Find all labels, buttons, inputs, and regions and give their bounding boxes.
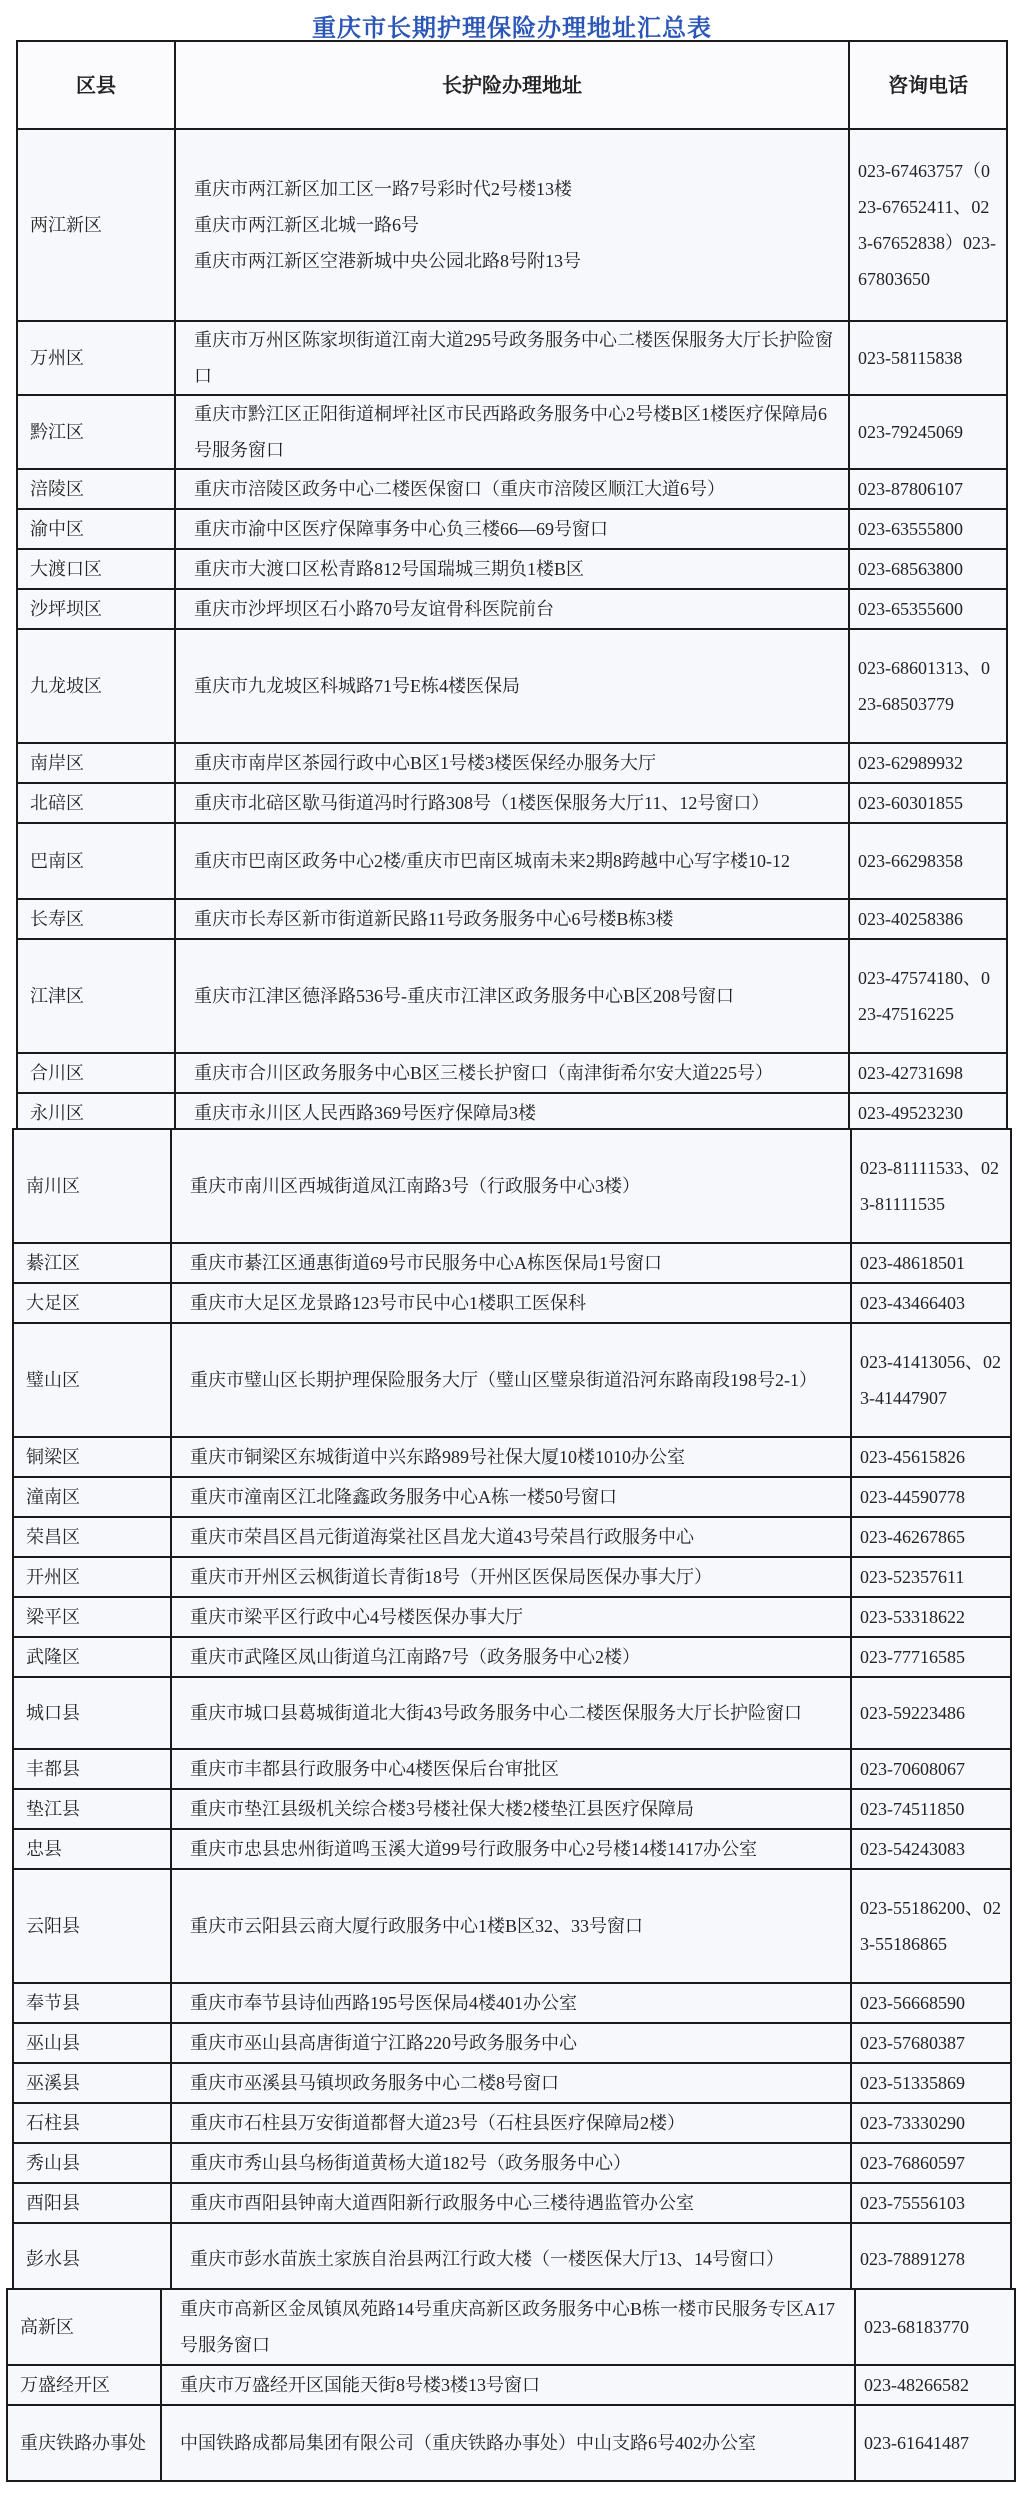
address-cell: 重庆市忠县忠州街道鸣玉溪大道99号行政服务中心2号楼14楼1417办公室 xyxy=(171,1829,851,1869)
address-line: 重庆市九龙坡区科城路71号E栋4楼医保局 xyxy=(194,668,838,704)
address-cell: 重庆市万盛经开区国能天街8号楼3楼13号窗口 xyxy=(161,2365,855,2405)
address-line: 重庆市两江新区空港新城中央公园北路8号附13号 xyxy=(194,243,838,279)
district-cell: 城口县 xyxy=(13,1677,171,1749)
phone-cell: 023-54243083 xyxy=(851,1829,1011,1869)
address-cell: 重庆市涪陵区政务中心二楼医保窗口（重庆市涪陵区顺江大道6号） xyxy=(175,469,849,509)
table-row: 荣昌区 重庆市荣昌区昌元街道海棠社区昌龙大道43号荣昌行政服务中心 023-46… xyxy=(13,1517,1011,1557)
phone-cell: 023-59223486 xyxy=(851,1677,1011,1749)
table-row: 万盛经开区 重庆市万盛经开区国能天街8号楼3楼13号窗口 023-4826658… xyxy=(7,2365,1015,2405)
phone-cell: 023-68601313、023-68503779 xyxy=(849,629,1007,743)
district-cell: 江津区 xyxy=(17,939,175,1053)
district-cell: 璧山区 xyxy=(13,1323,171,1437)
phone-cell: 023-75556103 xyxy=(851,2183,1011,2223)
table-row: 奉节县 重庆市奉节县诗仙西路195号医保局4楼401办公室 023-566685… xyxy=(13,1983,1011,2023)
address-line: 重庆市梁平区行政中心4号楼医保办事大厅 xyxy=(190,1599,840,1635)
table-row: 北碚区 重庆市北碚区歇马街道冯时行路308号（1楼医保服务大厅11、12号窗口）… xyxy=(17,783,1007,823)
address-line: 重庆市綦江区通惠街道69号市民服务中心A栋医保局1号窗口 xyxy=(190,1245,840,1281)
address-cell: 重庆市高新区金凤镇凤苑路14号重庆高新区政务服务中心B栋一楼市民服务专区A17号… xyxy=(161,2289,855,2365)
table-row: 万州区 重庆市万州区陈家坝街道江南大道295号政务服务中心二楼医保服务大厅长护险… xyxy=(17,321,1007,395)
phone-cell: 023-68563800 xyxy=(849,549,1007,589)
page-title: 重庆市长期护理保险办理地址汇总表 xyxy=(0,8,1024,43)
address-cell: 重庆市江津区德泽路536号-重庆市江津区政务服务中心B区208号窗口 xyxy=(175,939,849,1053)
table-row: 大足区 重庆市大足区龙景路123号市民中心1楼职工医保科 023-4346640… xyxy=(13,1283,1011,1323)
table-row: 丰都县 重庆市丰都县行政服务中心4楼医保后台审批区 023-70608067 xyxy=(13,1749,1011,1789)
address-cell: 重庆市彭水苗族土家族自治县两江行政大楼（一楼医保大厅13、14号窗口） xyxy=(171,2223,851,2295)
district-cell: 荣昌区 xyxy=(13,1517,171,1557)
address-table-part-1: 区县 长护险办理地址 咨询电话 两江新区 重庆市两江新区加工区一路7号彩时代2号… xyxy=(16,40,1008,1134)
phone-cell: 023-40258386 xyxy=(849,899,1007,939)
address-line: 重庆市渝中区医疗保障事务中心负三楼66—69号窗口 xyxy=(194,511,838,547)
table-row: 南川区 重庆市南川区西城街道凤江南路3号（行政服务中心3楼） 023-81111… xyxy=(13,1129,1011,1243)
district-cell: 大渡口区 xyxy=(17,549,175,589)
district-cell: 秀山县 xyxy=(13,2143,171,2183)
address-line: 重庆市璧山区长期护理保险服务大厅（璧山区璧泉街道沿河东路南段198号2-1） xyxy=(190,1362,840,1398)
district-cell: 南岸区 xyxy=(17,743,175,783)
address-cell: 重庆市酉阳县钟南大道酉阳新行政服务中心三楼待遇监管办公室 xyxy=(171,2183,851,2223)
address-cell: 重庆市沙坪坝区石小路70号友谊骨科医院前台 xyxy=(175,589,849,629)
address-cell: 重庆市大渡口区松青路812号国瑞城三期负1楼B区 xyxy=(175,549,849,589)
header-phone: 咨询电话 xyxy=(849,41,1007,129)
address-line: 重庆市江津区德泽路536号-重庆市江津区政务服务中心B区208号窗口 xyxy=(194,978,838,1014)
address-line: 重庆市酉阳县钟南大道酉阳新行政服务中心三楼待遇监管办公室 xyxy=(190,2185,840,2221)
header-address: 长护险办理地址 xyxy=(175,41,849,129)
district-cell: 奉节县 xyxy=(13,1983,171,2023)
phone-cell: 023-44590778 xyxy=(851,1477,1011,1517)
address-line: 重庆市巴南区政务中心2楼/重庆市巴南区城南未来2期8跨越中心写字楼10-12 xyxy=(194,843,838,879)
address-cell: 重庆市奉节县诗仙西路195号医保局4楼401办公室 xyxy=(171,1983,851,2023)
address-line: 重庆市巫山县高唐街道宁江路220号政务服务中心 xyxy=(190,2025,840,2061)
district-cell: 万盛经开区 xyxy=(7,2365,161,2405)
address-line: 重庆市潼南区江北隆鑫政务服务中心A栋一楼50号窗口 xyxy=(190,1479,840,1515)
address-cell: 重庆市璧山区长期护理保险服务大厅（璧山区璧泉街道沿河东路南段198号2-1） xyxy=(171,1323,851,1437)
table-row: 重庆铁路办事处 中国铁路成都局集团有限公司（重庆铁路办事处）中山支路6号402办… xyxy=(7,2405,1015,2481)
address-line: 重庆市万州区陈家坝街道江南大道295号政务服务中心二楼医保服务大厅长护险窗口 xyxy=(194,322,838,394)
address-line: 重庆市忠县忠州街道鸣玉溪大道99号行政服务中心2号楼14楼1417办公室 xyxy=(190,1831,840,1867)
district-cell: 丰都县 xyxy=(13,1749,171,1789)
table-row: 涪陵区 重庆市涪陵区政务中心二楼医保窗口（重庆市涪陵区顺江大道6号） 023-8… xyxy=(17,469,1007,509)
table-row: 忠县 重庆市忠县忠州街道鸣玉溪大道99号行政服务中心2号楼14楼1417办公室 … xyxy=(13,1829,1011,1869)
phone-cell: 023-49523230 xyxy=(849,1093,1007,1133)
district-cell: 渝中区 xyxy=(17,509,175,549)
district-cell: 武隆区 xyxy=(13,1637,171,1677)
phone-cell: 023-77716585 xyxy=(851,1637,1011,1677)
address-line: 重庆市大足区龙景路123号市民中心1楼职工医保科 xyxy=(190,1285,840,1321)
table-row: 潼南区 重庆市潼南区江北隆鑫政务服务中心A栋一楼50号窗口 023-445907… xyxy=(13,1477,1011,1517)
address-table-part-2: 南川区 重庆市南川区西城街道凤江南路3号（行政服务中心3楼） 023-81111… xyxy=(12,1128,1012,2296)
district-cell: 北碚区 xyxy=(17,783,175,823)
address-cell: 重庆市黔江区正阳街道桐坪社区市民西路政务服务中心2号楼B区1楼医疗保障局6号服务… xyxy=(175,395,849,469)
address-cell: 重庆市垫江县级机关综合楼3号楼社保大楼2楼垫江县医疗保障局 xyxy=(171,1789,851,1829)
phone-cell: 023-68183770 xyxy=(855,2289,1015,2365)
table-row: 渝中区 重庆市渝中区医疗保障事务中心负三楼66—69号窗口 023-635558… xyxy=(17,509,1007,549)
address-cell: 重庆市两江新区加工区一路7号彩时代2号楼13楼重庆市两江新区北城一路6号重庆市两… xyxy=(175,129,849,321)
district-cell: 大足区 xyxy=(13,1283,171,1323)
table-row: 酉阳县 重庆市酉阳县钟南大道酉阳新行政服务中心三楼待遇监管办公室 023-755… xyxy=(13,2183,1011,2223)
address-line: 重庆市铜梁区东城街道中兴东路989号社保大厦10楼1010办公室 xyxy=(190,1439,840,1475)
phone-cell: 023-81111533、023-81111535 xyxy=(851,1129,1011,1243)
district-cell: 巴南区 xyxy=(17,823,175,899)
phone-cell: 023-51335869 xyxy=(851,2063,1011,2103)
address-cell: 重庆市梁平区行政中心4号楼医保办事大厅 xyxy=(171,1597,851,1637)
address-line: 重庆市永川区人民西路369号医疗保障局3楼 xyxy=(194,1095,838,1131)
address-line: 重庆市黔江区正阳街道桐坪社区市民西路政务服务中心2号楼B区1楼医疗保障局6号服务… xyxy=(194,396,838,468)
phone-cell: 023-45615826 xyxy=(851,1437,1011,1477)
table-header-row: 区县 长护险办理地址 咨询电话 xyxy=(17,41,1007,129)
address-line: 重庆市丰都县行政服务中心4楼医保后台审批区 xyxy=(190,1751,840,1787)
address-cell: 重庆市铜梁区东城街道中兴东路989号社保大厦10楼1010办公室 xyxy=(171,1437,851,1477)
address-cell: 重庆市丰都县行政服务中心4楼医保后台审批区 xyxy=(171,1749,851,1789)
address-cell: 重庆市潼南区江北隆鑫政务服务中心A栋一楼50号窗口 xyxy=(171,1477,851,1517)
district-cell: 綦江区 xyxy=(13,1243,171,1283)
table-row: 两江新区 重庆市两江新区加工区一路7号彩时代2号楼13楼重庆市两江新区北城一路6… xyxy=(17,129,1007,321)
address-line: 重庆市奉节县诗仙西路195号医保局4楼401办公室 xyxy=(190,1985,840,2021)
address-cell: 重庆市合川区政务服务中心B区三楼长护窗口（南津街希尔安大道225号） xyxy=(175,1053,849,1093)
table-row: 梁平区 重庆市梁平区行政中心4号楼医保办事大厅 023-53318622 xyxy=(13,1597,1011,1637)
address-line: 重庆市秀山县乌杨街道黄杨大道182号（政务服务中心） xyxy=(190,2145,840,2181)
district-cell: 九龙坡区 xyxy=(17,629,175,743)
district-cell: 开州区 xyxy=(13,1557,171,1597)
address-line: 重庆市高新区金凤镇凤苑路14号重庆高新区政务服务中心B栋一楼市民服务专区A17号… xyxy=(180,2291,844,2363)
table-row: 彭水县 重庆市彭水苗族土家族自治县两江行政大楼（一楼医保大厅13、14号窗口） … xyxy=(13,2223,1011,2295)
table-row: 城口县 重庆市城口县葛城街道北大街43号政务服务中心二楼医保服务大厅长护险窗口 … xyxy=(13,1677,1011,1749)
table-row: 合川区 重庆市合川区政务服务中心B区三楼长护窗口（南津街希尔安大道225号） 0… xyxy=(17,1053,1007,1093)
address-line: 重庆市云阳县云商大厦行政服务中心1楼B区32、33号窗口 xyxy=(190,1908,840,1944)
table-row: 巫溪县 重庆市巫溪县马镇坝政务服务中心二楼8号窗口 023-51335869 xyxy=(13,2063,1011,2103)
table-row: 云阳县 重庆市云阳县云商大厦行政服务中心1楼B区32、33号窗口 023-551… xyxy=(13,1869,1011,1983)
district-cell: 两江新区 xyxy=(17,129,175,321)
address-cell: 重庆市开州区云枫街道长青街18号（开州区医保局医保办事大厅） xyxy=(171,1557,851,1597)
district-cell: 垫江县 xyxy=(13,1789,171,1829)
address-cell: 重庆市九龙坡区科城路71号E栋4楼医保局 xyxy=(175,629,849,743)
address-line: 重庆市大渡口区松青路812号国瑞城三期负1楼B区 xyxy=(194,551,838,587)
address-cell: 重庆市巴南区政务中心2楼/重庆市巴南区城南未来2期8跨越中心写字楼10-12 xyxy=(175,823,849,899)
district-cell: 铜梁区 xyxy=(13,1437,171,1477)
table-row: 沙坪坝区 重庆市沙坪坝区石小路70号友谊骨科医院前台 023-65355600 xyxy=(17,589,1007,629)
phone-cell: 023-66298358 xyxy=(849,823,1007,899)
table-row: 大渡口区 重庆市大渡口区松青路812号国瑞城三期负1楼B区 023-685638… xyxy=(17,549,1007,589)
table-row: 武隆区 重庆市武隆区凤山街道乌江南路7号（政务服务中心2楼） 023-77716… xyxy=(13,1637,1011,1677)
phone-cell: 023-62989932 xyxy=(849,743,1007,783)
phone-cell: 023-42731698 xyxy=(849,1053,1007,1093)
phone-cell: 023-79245069 xyxy=(849,395,1007,469)
address-cell: 重庆市武隆区凤山街道乌江南路7号（政务服务中心2楼） xyxy=(171,1637,851,1677)
phone-cell: 023-52357611 xyxy=(851,1557,1011,1597)
address-line: 重庆市两江新区北城一路6号 xyxy=(194,207,838,243)
address-cell: 重庆市大足区龙景路123号市民中心1楼职工医保科 xyxy=(171,1283,851,1323)
address-line: 重庆市南岸区茶园行政中心B区1号楼3楼医保经办服务大厅 xyxy=(194,745,838,781)
district-cell: 石柱县 xyxy=(13,2103,171,2143)
district-cell: 万州区 xyxy=(17,321,175,395)
phone-cell: 023-70608067 xyxy=(851,1749,1011,1789)
address-line: 重庆市合川区政务服务中心B区三楼长护窗口（南津街希尔安大道225号） xyxy=(194,1055,838,1091)
phone-cell: 023-46267865 xyxy=(851,1517,1011,1557)
address-line: 重庆市垫江县级机关综合楼3号楼社保大楼2楼垫江县医疗保障局 xyxy=(190,1791,840,1827)
phone-cell: 023-76860597 xyxy=(851,2143,1011,2183)
table-row: 长寿区 重庆市长寿区新市街道新民路11号政务服务中心6号楼B栋3楼 023-40… xyxy=(17,899,1007,939)
phone-cell: 023-58115838 xyxy=(849,321,1007,395)
address-line: 重庆市荣昌区昌元街道海棠社区昌龙大道43号荣昌行政服务中心 xyxy=(190,1519,840,1555)
phone-cell: 023-56668590 xyxy=(851,1983,1011,2023)
district-cell: 巫溪县 xyxy=(13,2063,171,2103)
address-cell: 重庆市荣昌区昌元街道海棠社区昌龙大道43号荣昌行政服务中心 xyxy=(171,1517,851,1557)
table-row: 高新区 重庆市高新区金凤镇凤苑路14号重庆高新区政务服务中心B栋一楼市民服务专区… xyxy=(7,2289,1015,2365)
district-cell: 长寿区 xyxy=(17,899,175,939)
address-line: 重庆市沙坪坝区石小路70号友谊骨科医院前台 xyxy=(194,591,838,627)
address-table-part-3: 高新区 重庆市高新区金凤镇凤苑路14号重庆高新区政务服务中心B栋一楼市民服务专区… xyxy=(6,2288,1016,2482)
district-cell: 高新区 xyxy=(7,2289,161,2365)
table-row: 垫江县 重庆市垫江县级机关综合楼3号楼社保大楼2楼垫江县医疗保障局 023-74… xyxy=(13,1789,1011,1829)
address-line: 重庆市开州区云枫街道长青街18号（开州区医保局医保办事大厅） xyxy=(190,1559,840,1595)
phone-cell: 023-53318622 xyxy=(851,1597,1011,1637)
district-cell: 云阳县 xyxy=(13,1869,171,1983)
table-row: 黔江区 重庆市黔江区正阳街道桐坪社区市民西路政务服务中心2号楼B区1楼医疗保障局… xyxy=(17,395,1007,469)
table-row: 巫山县 重庆市巫山县高唐街道宁江路220号政务服务中心 023-57680387 xyxy=(13,2023,1011,2063)
table-row: 綦江区 重庆市綦江区通惠街道69号市民服务中心A栋医保局1号窗口 023-486… xyxy=(13,1243,1011,1283)
address-line: 重庆市城口县葛城街道北大街43号政务服务中心二楼医保服务大厅长护险窗口 xyxy=(190,1695,840,1731)
address-cell: 重庆市渝中区医疗保障事务中心负三楼66—69号窗口 xyxy=(175,509,849,549)
address-cell: 重庆市城口县葛城街道北大街43号政务服务中心二楼医保服务大厅长护险窗口 xyxy=(171,1677,851,1749)
district-cell: 巫山县 xyxy=(13,2023,171,2063)
district-cell: 南川区 xyxy=(13,1129,171,1243)
phone-cell: 023-60301855 xyxy=(849,783,1007,823)
district-cell: 梁平区 xyxy=(13,1597,171,1637)
address-line: 重庆市北碚区歇马街道冯时行路308号（1楼医保服务大厅11、12号窗口） xyxy=(194,785,838,821)
address-cell: 重庆市万州区陈家坝街道江南大道295号政务服务中心二楼医保服务大厅长护险窗口 xyxy=(175,321,849,395)
district-cell: 忠县 xyxy=(13,1829,171,1869)
table-row: 秀山县 重庆市秀山县乌杨街道黄杨大道182号（政务服务中心） 023-76860… xyxy=(13,2143,1011,2183)
district-cell: 合川区 xyxy=(17,1053,175,1093)
address-line: 重庆市武隆区凤山街道乌江南路7号（政务服务中心2楼） xyxy=(190,1639,840,1675)
district-cell: 酉阳县 xyxy=(13,2183,171,2223)
address-line: 重庆市万盛经开区国能天街8号楼3楼13号窗口 xyxy=(180,2367,844,2403)
phone-cell: 023-55186200、023-55186865 xyxy=(851,1869,1011,1983)
table-row: 璧山区 重庆市璧山区长期护理保险服务大厅（璧山区璧泉街道沿河东路南段198号2-… xyxy=(13,1323,1011,1437)
phone-cell: 023-65355600 xyxy=(849,589,1007,629)
address-line: 重庆市南川区西城街道凤江南路3号（行政服务中心3楼） xyxy=(190,1168,840,1204)
table-row: 江津区 重庆市江津区德泽路536号-重庆市江津区政务服务中心B区208号窗口 0… xyxy=(17,939,1007,1053)
district-cell: 重庆铁路办事处 xyxy=(7,2405,161,2481)
phone-cell: 023-73330290 xyxy=(851,2103,1011,2143)
phone-cell: 023-57680387 xyxy=(851,2023,1011,2063)
phone-cell: 023-63555800 xyxy=(849,509,1007,549)
address-cell: 重庆市巫溪县马镇坝政务服务中心二楼8号窗口 xyxy=(171,2063,851,2103)
phone-cell: 023-47574180、023-47516225 xyxy=(849,939,1007,1053)
phone-cell: 023-43466403 xyxy=(851,1283,1011,1323)
phone-cell: 023-87806107 xyxy=(849,469,1007,509)
address-cell: 重庆市长寿区新市街道新民路11号政务服务中心6号楼B栋3楼 xyxy=(175,899,849,939)
phone-cell: 023-78891278 xyxy=(851,2223,1011,2295)
table-row: 开州区 重庆市开州区云枫街道长青街18号（开州区医保局医保办事大厅） 023-5… xyxy=(13,1557,1011,1597)
address-cell: 重庆市石柱县万安街道都督大道23号（石柱县医疗保障局2楼） xyxy=(171,2103,851,2143)
phone-cell: 023-74511850 xyxy=(851,1789,1011,1829)
phone-cell: 023-61641487 xyxy=(855,2405,1015,2481)
address-cell: 重庆市南岸区茶园行政中心B区1号楼3楼医保经办服务大厅 xyxy=(175,743,849,783)
phone-cell: 023-41413056、023-41447907 xyxy=(851,1323,1011,1437)
address-cell: 重庆市北碚区歇马街道冯时行路308号（1楼医保服务大厅11、12号窗口） xyxy=(175,783,849,823)
district-cell: 潼南区 xyxy=(13,1477,171,1517)
address-line: 重庆市长寿区新市街道新民路11号政务服务中心6号楼B栋3楼 xyxy=(194,901,838,937)
address-line: 重庆市巫溪县马镇坝政务服务中心二楼8号窗口 xyxy=(190,2065,840,2101)
address-line: 重庆市石柱县万安街道都督大道23号（石柱县医疗保障局2楼） xyxy=(190,2105,840,2141)
district-cell: 永川区 xyxy=(17,1093,175,1133)
table-row: 石柱县 重庆市石柱县万安街道都督大道23号（石柱县医疗保障局2楼） 023-73… xyxy=(13,2103,1011,2143)
address-cell: 中国铁路成都局集团有限公司（重庆铁路办事处）中山支路6号402办公室 xyxy=(161,2405,855,2481)
table-row: 南岸区 重庆市南岸区茶园行政中心B区1号楼3楼医保经办服务大厅 023-6298… xyxy=(17,743,1007,783)
phone-cell: 023-48266582 xyxy=(855,2365,1015,2405)
address-cell: 重庆市南川区西城街道凤江南路3号（行政服务中心3楼） xyxy=(171,1129,851,1243)
address-line: 重庆市涪陵区政务中心二楼医保窗口（重庆市涪陵区顺江大道6号） xyxy=(194,471,838,507)
phone-cell: 023-67463757（023-67652411、023-67652838）0… xyxy=(849,129,1007,321)
district-cell: 黔江区 xyxy=(17,395,175,469)
address-cell: 重庆市秀山县乌杨街道黄杨大道182号（政务服务中心） xyxy=(171,2143,851,2183)
table-row: 永川区 重庆市永川区人民西路369号医疗保障局3楼 023-49523230 xyxy=(17,1093,1007,1133)
address-line: 重庆市彭水苗族土家族自治县两江行政大楼（一楼医保大厅13、14号窗口） xyxy=(190,2241,840,2277)
district-cell: 涪陵区 xyxy=(17,469,175,509)
table-row: 九龙坡区 重庆市九龙坡区科城路71号E栋4楼医保局 023-68601313、0… xyxy=(17,629,1007,743)
header-district: 区县 xyxy=(17,41,175,129)
address-line: 中国铁路成都局集团有限公司（重庆铁路办事处）中山支路6号402办公室 xyxy=(180,2425,844,2461)
phone-cell: 023-48618501 xyxy=(851,1243,1011,1283)
district-cell: 沙坪坝区 xyxy=(17,589,175,629)
address-cell: 重庆市永川区人民西路369号医疗保障局3楼 xyxy=(175,1093,849,1133)
table-row: 巴南区 重庆市巴南区政务中心2楼/重庆市巴南区城南未来2期8跨越中心写字楼10-… xyxy=(17,823,1007,899)
address-cell: 重庆市云阳县云商大厦行政服务中心1楼B区32、33号窗口 xyxy=(171,1869,851,1983)
district-cell: 彭水县 xyxy=(13,2223,171,2295)
table-row: 铜梁区 重庆市铜梁区东城街道中兴东路989号社保大厦10楼1010办公室 023… xyxy=(13,1437,1011,1477)
address-line: 重庆市两江新区加工区一路7号彩时代2号楼13楼 xyxy=(194,171,838,207)
address-cell: 重庆市巫山县高唐街道宁江路220号政务服务中心 xyxy=(171,2023,851,2063)
address-cell: 重庆市綦江区通惠街道69号市民服务中心A栋医保局1号窗口 xyxy=(171,1243,851,1283)
